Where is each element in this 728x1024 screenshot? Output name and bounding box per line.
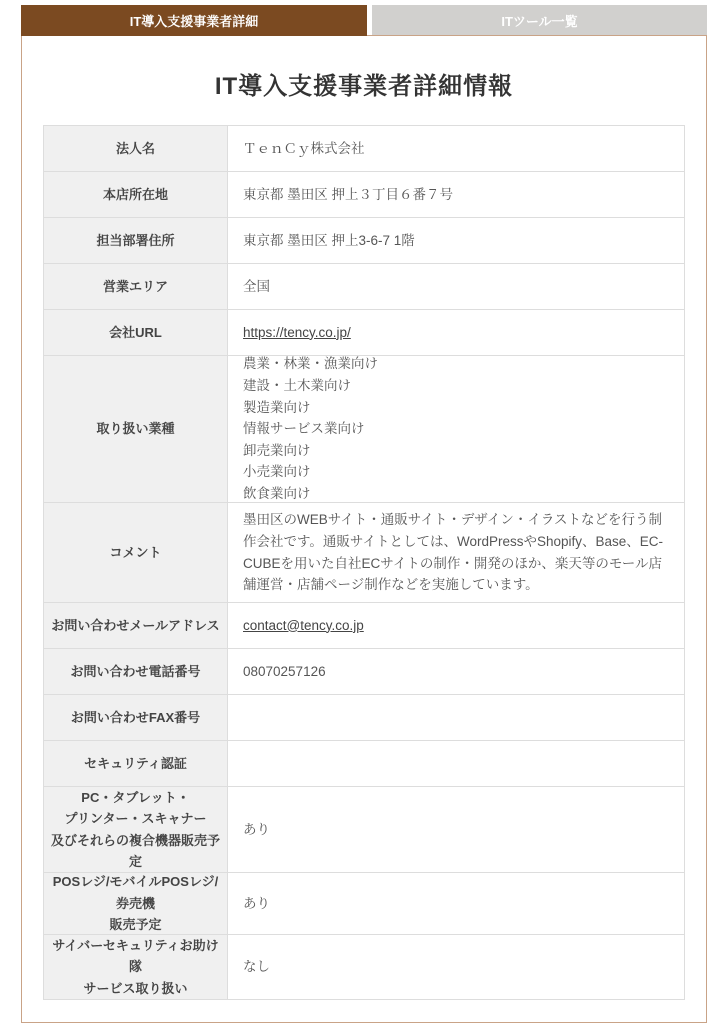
table-row: 営業エリア 全国 bbox=[44, 264, 684, 310]
table-row: PC・タブレット・ プリンター・スキャナー 及びそれらの複合機器販売予定 あり bbox=[44, 787, 684, 873]
row-value: ＴｅｎＣｙ株式会社 bbox=[228, 126, 684, 171]
row-label: お問い合わせメールアドレス bbox=[44, 603, 228, 648]
row-label: 本店所在地 bbox=[44, 172, 228, 217]
provider-detail-table: 法人名 ＴｅｎＣｙ株式会社 本店所在地 東京都 墨田区 押上３丁目６番７号 担当… bbox=[43, 125, 685, 1000]
industry-item: 情報サービス業向け bbox=[243, 418, 669, 440]
tab-support-provider-detail[interactable]: IT導入支援事業者詳細 bbox=[21, 5, 367, 36]
tab-bar: IT導入支援事業者詳細 ITツール一覧 bbox=[21, 5, 707, 35]
row-label: 会社URL bbox=[44, 310, 228, 355]
row-label: POSレジ/モバイルPOSレジ/券売機 販売予定 bbox=[44, 873, 228, 934]
row-value: あり bbox=[228, 873, 684, 934]
industry-item: 建設・土木業向け bbox=[243, 375, 669, 397]
row-value bbox=[228, 695, 684, 740]
row-value bbox=[228, 741, 684, 786]
table-row: コメント 墨田区のWEBサイト・通販サイト・デザイン・イラストなどを行う制作会社… bbox=[44, 503, 684, 603]
row-label-line: POSレジ/モバイルPOSレジ/券売機 bbox=[50, 871, 221, 914]
row-label-line: 及びそれらの複合機器販売予定 bbox=[50, 830, 221, 873]
pos-sales-flag: あり bbox=[243, 893, 669, 915]
row-label: コメント bbox=[44, 503, 228, 602]
contact-email-link[interactable]: contact@tency.co.jp bbox=[243, 615, 364, 637]
table-row: POSレジ/モバイルPOSレジ/券売機 販売予定 あり bbox=[44, 873, 684, 935]
corporate-name: ＴｅｎＣｙ株式会社 bbox=[243, 138, 669, 160]
row-label: PC・タブレット・ プリンター・スキャナー 及びそれらの複合機器販売予定 bbox=[44, 787, 228, 872]
department-address: 東京都 墨田区 押上3-6-7 1階 bbox=[243, 230, 669, 252]
industry-item: 小売業向け bbox=[243, 461, 669, 483]
head-office-address: 東京都 墨田区 押上３丁目６番７号 bbox=[243, 184, 669, 206]
row-value: 墨田区のWEBサイト・通販サイト・デザイン・イラストなどを行う制作会社です。通販… bbox=[228, 503, 684, 602]
row-value: https://tency.co.jp/ bbox=[228, 310, 684, 355]
table-row: お問い合わせFAX番号 bbox=[44, 695, 684, 741]
row-value: 全国 bbox=[228, 264, 684, 309]
industry-item: 製造業向け bbox=[243, 397, 669, 419]
table-row: 取り扱い業種 農業・林業・漁業向け 建設・土木業向け 製造業向け 情報サービス業… bbox=[44, 356, 684, 503]
table-row: 担当部署住所 東京都 墨田区 押上3-6-7 1階 bbox=[44, 218, 684, 264]
row-label: 担当部署住所 bbox=[44, 218, 228, 263]
row-label: 取り扱い業種 bbox=[44, 356, 228, 502]
page: IT導入支援事業者詳細 ITツール一覧 IT導入支援事業者詳細情報 法人名 Ｔｅ… bbox=[0, 0, 728, 1024]
industry-item: 卸売業向け bbox=[243, 440, 669, 462]
industry-item: 農業・林業・漁業向け bbox=[243, 353, 669, 375]
row-label: お問い合わせ電話番号 bbox=[44, 649, 228, 694]
row-label: 営業エリア bbox=[44, 264, 228, 309]
tab-it-tool-list[interactable]: ITツール一覧 bbox=[372, 5, 707, 35]
row-value: 農業・林業・漁業向け 建設・土木業向け 製造業向け 情報サービス業向け 卸売業向… bbox=[228, 356, 684, 502]
row-value: 東京都 墨田区 押上３丁目６番７号 bbox=[228, 172, 684, 217]
contact-phone: 08070257126 bbox=[243, 661, 669, 683]
table-row: サイバーセキュリティお助け隊 サービス取り扱い なし bbox=[44, 935, 684, 999]
row-label-line: PC・タブレット・ bbox=[81, 787, 189, 808]
row-label: セキュリティ認証 bbox=[44, 741, 228, 786]
business-area: 全国 bbox=[243, 276, 669, 298]
industry-item: 飲食業向け bbox=[243, 483, 669, 505]
table-row: 本店所在地 東京都 墨田区 押上３丁目６番７号 bbox=[44, 172, 684, 218]
row-label-line: プリンター・スキャナー bbox=[65, 808, 207, 829]
pc-sales-flag: あり bbox=[243, 819, 669, 841]
table-row: お問い合わせメールアドレス contact@tency.co.jp bbox=[44, 603, 684, 649]
table-row: お問い合わせ電話番号 08070257126 bbox=[44, 649, 684, 695]
cybersecurity-service-flag: なし bbox=[243, 956, 669, 978]
row-label: サイバーセキュリティお助け隊 サービス取り扱い bbox=[44, 935, 228, 999]
row-label-line: サイバーセキュリティお助け隊 bbox=[50, 935, 221, 978]
table-row: 会社URL https://tency.co.jp/ bbox=[44, 310, 684, 356]
row-value: あり bbox=[228, 787, 684, 872]
comment-text: 墨田区のWEBサイト・通販サイト・デザイン・イラストなどを行う制作会社です。通販… bbox=[243, 509, 669, 595]
content-panel: IT導入支援事業者詳細情報 法人名 ＴｅｎＣｙ株式会社 本店所在地 東京都 墨田… bbox=[21, 35, 707, 1023]
row-value: 08070257126 bbox=[228, 649, 684, 694]
table-row: 法人名 ＴｅｎＣｙ株式会社 bbox=[44, 126, 684, 172]
table-row: セキュリティ認証 bbox=[44, 741, 684, 787]
row-value: contact@tency.co.jp bbox=[228, 603, 684, 648]
page-title: IT導入支援事業者詳細情報 bbox=[43, 66, 685, 101]
row-label-line: サービス取り扱い bbox=[83, 978, 187, 999]
row-value: 東京都 墨田区 押上3-6-7 1階 bbox=[228, 218, 684, 263]
row-label: お問い合わせFAX番号 bbox=[44, 695, 228, 740]
row-label: 法人名 bbox=[44, 126, 228, 171]
row-value: なし bbox=[228, 935, 684, 999]
row-label-line: 販売予定 bbox=[109, 914, 161, 935]
company-url-link[interactable]: https://tency.co.jp/ bbox=[243, 322, 351, 344]
